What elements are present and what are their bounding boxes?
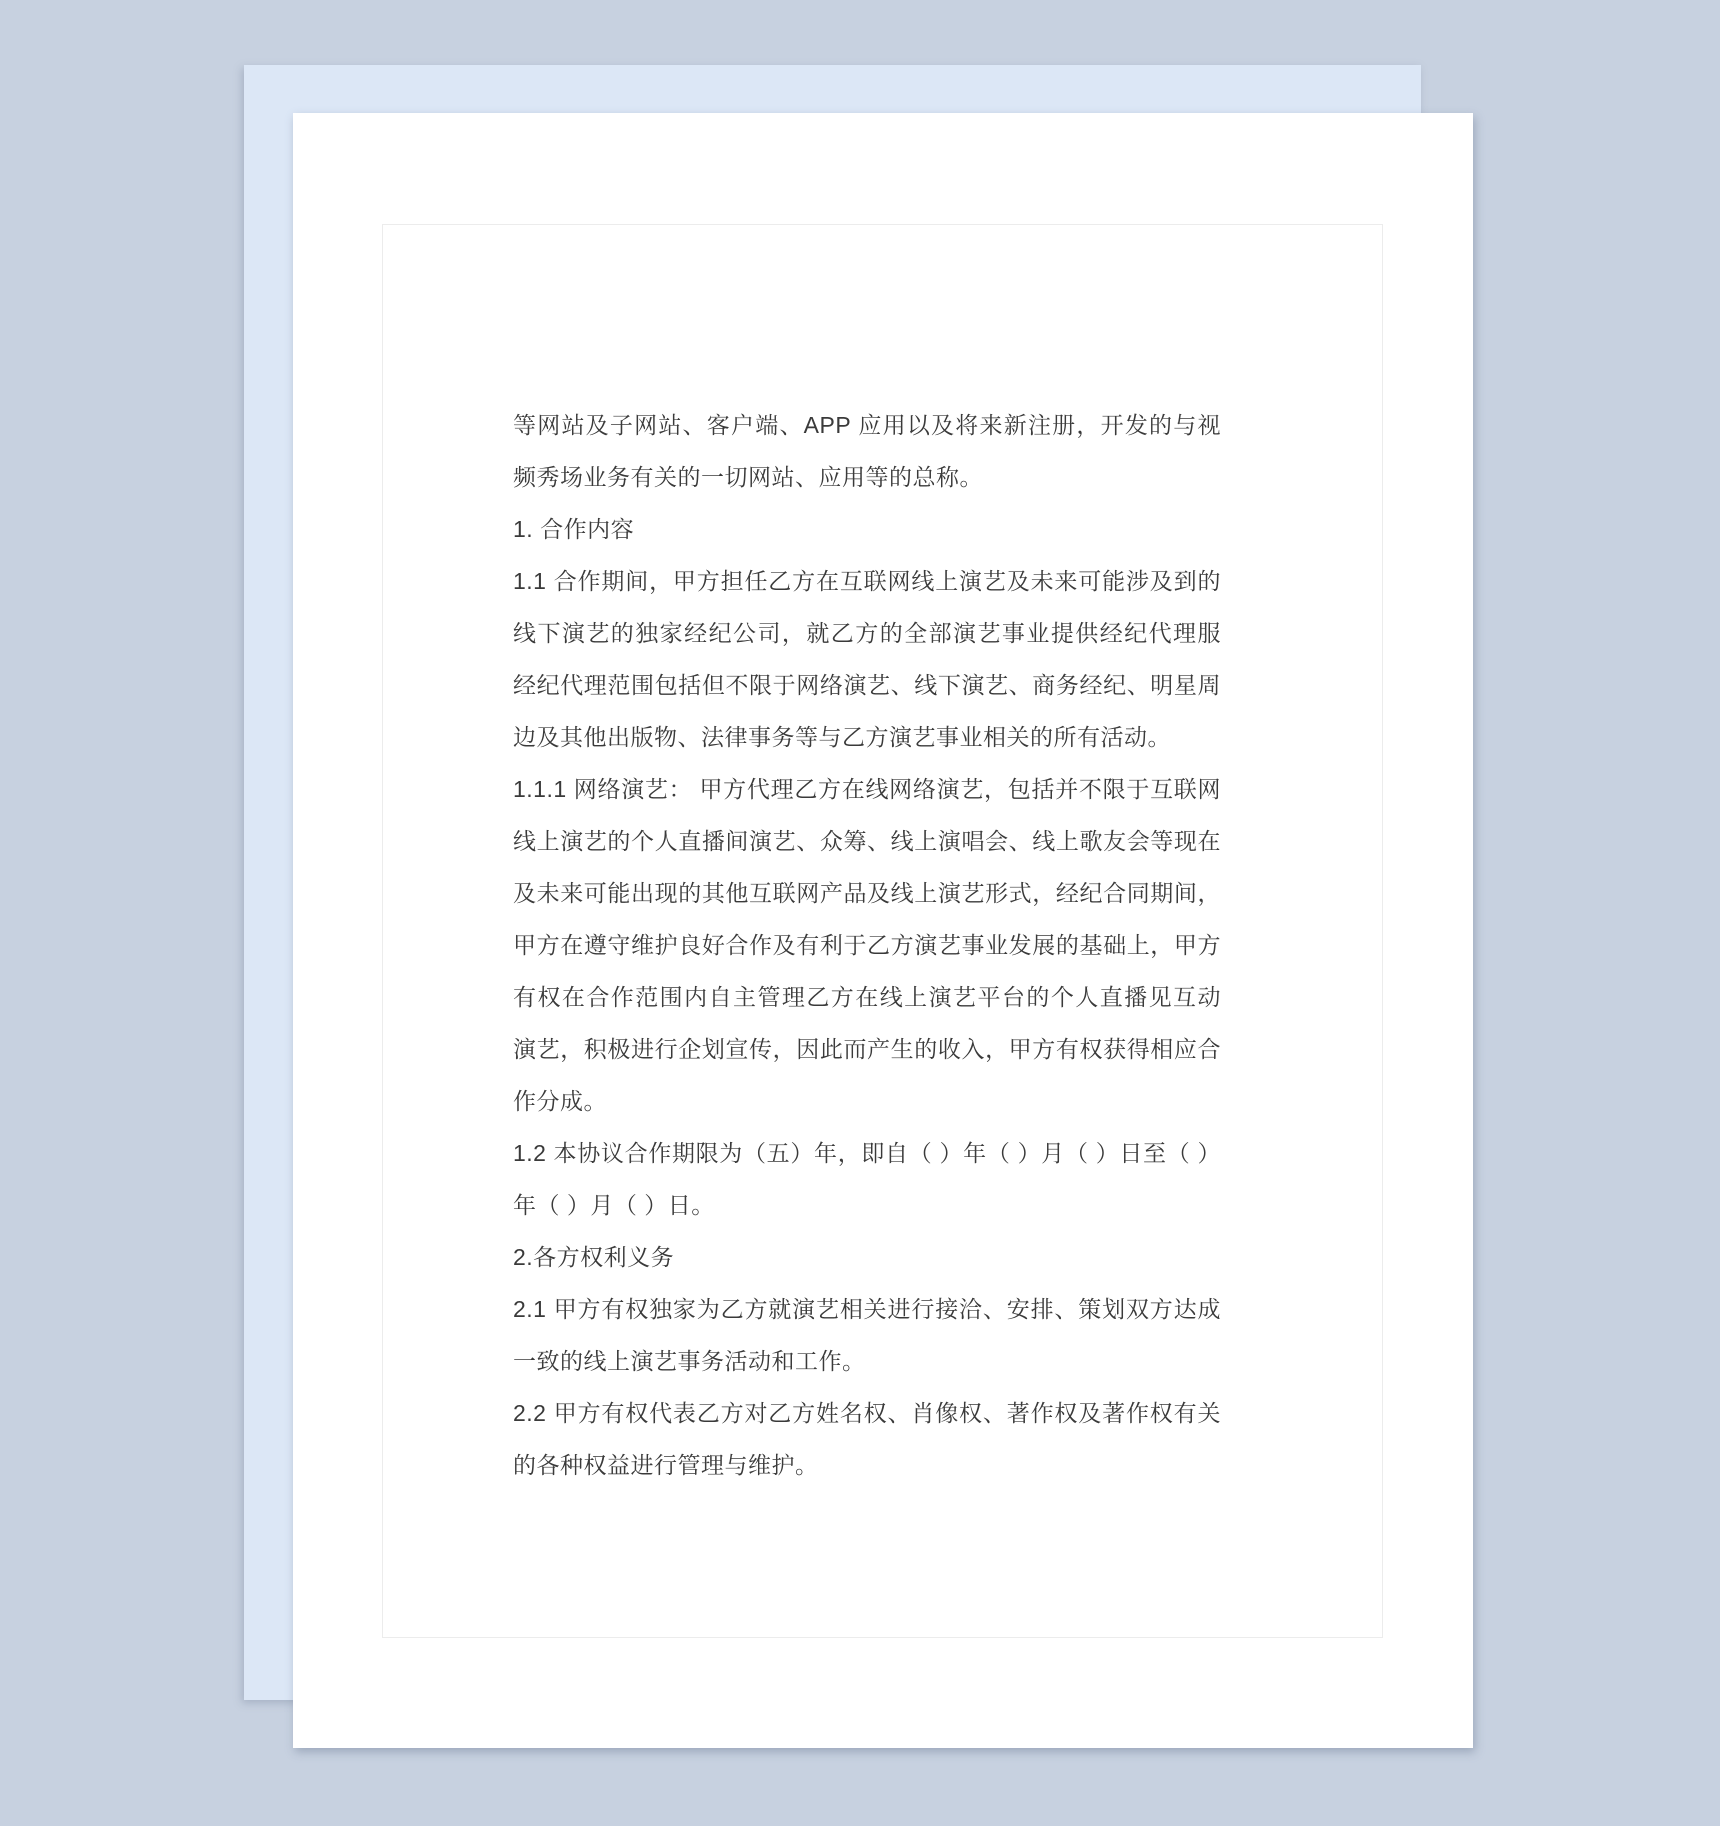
text-line: 频秀场业务有关的一切网站、应用等的总称。: [513, 451, 1221, 503]
text-line: 2.各方权利义务: [513, 1231, 1221, 1283]
text-line: 甲方在遵守维护良好合作及有利于乙方演艺事业发展的基础上，甲方: [513, 919, 1221, 971]
document-page: 等网站及子网站、客户端、APP 应用以及将来新注册，开发的与视频秀场业务有关的一…: [293, 113, 1473, 1748]
text-line: 及未来可能出现的其他互联网产品及线上演艺形式，经纪合同期间，: [513, 867, 1221, 919]
text-line: 1.1 合作期间，甲方担任乙方在互联网线上演艺及未来可能涉及到的: [513, 555, 1221, 607]
text-line: 作分成。: [513, 1075, 1221, 1127]
text-line: 有权在合作范围内自主管理乙方在线上演艺平台的个人直播见互动: [513, 971, 1221, 1023]
text-line: 线下演艺的独家经纪公司，就乙方的全部演艺事业提供经纪代理服务，: [513, 607, 1221, 659]
text-line: 等网站及子网站、客户端、APP 应用以及将来新注册，开发的与视: [513, 399, 1221, 451]
document-text: 等网站及子网站、客户端、APP 应用以及将来新注册，开发的与视频秀场业务有关的一…: [513, 399, 1221, 1491]
text-line: 2.1 甲方有权独家为乙方就演艺相关进行接洽、安排、策划双方达成: [513, 1283, 1221, 1335]
text-line: 1.1.1 网络演艺： 甲方代理乙方在线网络演艺，包括并不限于互联网: [513, 763, 1221, 815]
text-line: 1.2 本协议合作期限为（五）年，即自（ ）年（ ）月（ ）日至（ ）: [513, 1127, 1221, 1179]
text-line: 边及其他出版物、法律事务等与乙方演艺事业相关的所有活动。: [513, 711, 1221, 763]
text-line: 演艺，积极进行企划宣传，因此而产生的收入，甲方有权获得相应合: [513, 1023, 1221, 1075]
text-line: 1. 合作内容: [513, 503, 1221, 555]
text-line: 年（ ）月（ ）日。: [513, 1179, 1221, 1231]
text-line: 2.2 甲方有权代表乙方对乙方姓名权、肖像权、著作权及著作权有关: [513, 1387, 1221, 1439]
text-line: 的各种权益进行管理与维护。: [513, 1439, 1221, 1491]
canvas-background: 等网站及子网站、客户端、APP 应用以及将来新注册，开发的与视频秀场业务有关的一…: [0, 0, 1720, 1826]
text-line: 一致的线上演艺事务活动和工作。: [513, 1335, 1221, 1387]
text-line: 经纪代理范围包括但不限于网络演艺、线下演艺、商务经纪、明星周: [513, 659, 1221, 711]
text-line: 线上演艺的个人直播间演艺、众筹、线上演唱会、线上歌友会等现在: [513, 815, 1221, 867]
